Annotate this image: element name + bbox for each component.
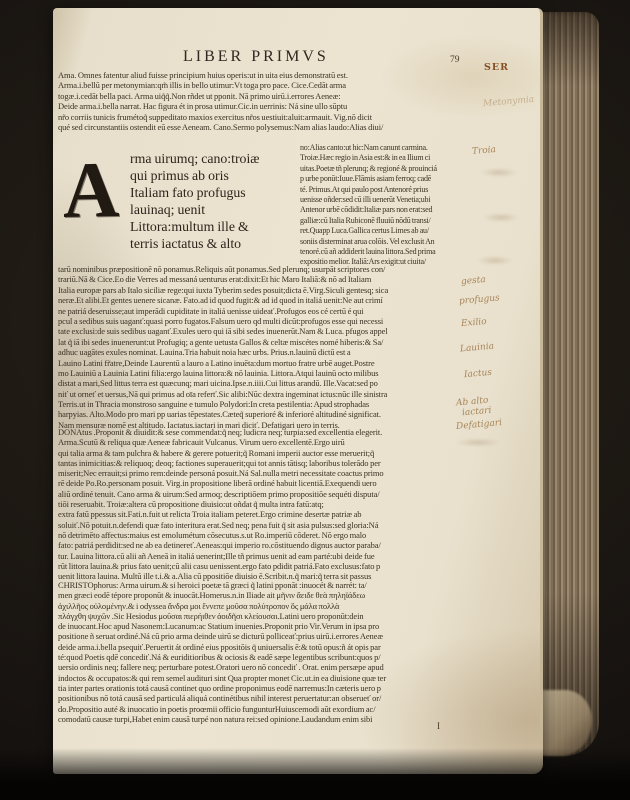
margin-note: Lauinia	[460, 342, 495, 355]
commentary-line: aliū ordiné tenuit. Cano arma & uirum:Se…	[58, 489, 464, 499]
commentary-line: soluiť.Nō potuit.n.defendi quæ fato inte…	[58, 520, 464, 530]
commentary-line: tur. Lauina littora.cū alii añ Aeneā in …	[58, 551, 464, 561]
verse-line: lauinaq; uenit	[130, 202, 315, 219]
commentary-line: comodatū causæ turpi,Habet enim causā tu…	[58, 714, 464, 724]
commentary-line: lat q̃ iā ibi sedes inuenerunt:ut Profug…	[58, 337, 464, 347]
commentary-right-column: no:Alias canto:ut hic:Nam canunt carmina…	[300, 143, 460, 268]
commentary-line: distat a mari,Sed littus terra est quæcu…	[58, 378, 464, 388]
commentary-line: tantas inimicitias:& reliquoq; deoq; fac…	[58, 458, 464, 468]
commentary-line: CHRISTOphorus: Arma uirum.& si heroici p…	[58, 580, 464, 590]
verse-line: Littora:multum ille &	[130, 219, 315, 236]
commentary-line: do.Propositio auté & inuocatio in poetis…	[58, 704, 464, 714]
faded-ink-mark	[483, 213, 519, 222]
commentary-line: Arma.Scutū & reliqua quæ Aeneæ fabricaui…	[58, 437, 464, 447]
commentary-line: extra fatū ppessus sit.Fati.n.fuit ut re…	[58, 509, 464, 519]
intro-line: Ama. Omnes fatentur aliud fuisse princip…	[58, 70, 464, 80]
commentary-line: Lauino Latini fr̃atre,Deinde Laurentū a …	[58, 358, 464, 368]
margin-note: Metonymia	[483, 95, 535, 109]
margin-note: gesta	[461, 275, 486, 287]
commentary-line: tate exclusi:de suis sedibus uaganť.Exul…	[58, 326, 464, 336]
commentary-line: mo Lauiniū a Lauinia Latini filia:ergo l…	[58, 368, 464, 378]
intro-line: Deide arma.i.bella narrat. Hac figura ét…	[58, 101, 464, 111]
commentary-line: té:quod Poetis qdē concediť.Ná & euridit…	[58, 652, 464, 662]
commentary-line: Terris.ut in Thracia monstroso sanguine …	[58, 399, 464, 409]
verse-line: terris iactatus & alto	[130, 236, 315, 253]
commentary-line: ἀχιλλῆος οὐλομένην.& i odyssea ἄνδρα μοι…	[58, 601, 464, 611]
commentary-line: no:Alias canto:ut hic:Nam canunt carmina…	[300, 143, 460, 153]
faded-ink-mark	[481, 168, 517, 177]
verse-line: rma uirumq; cano:troiæ	[130, 151, 315, 168]
table-shadow	[0, 748, 630, 800]
commentary-line: de inuocant.Hoc apud Nasonem:Lucanum:ac …	[58, 621, 464, 631]
folio-number: 79	[450, 55, 460, 65]
commentary-line: p urbe ponūt:Iuue.Flāmis asiam ferroq; c…	[300, 174, 460, 184]
commentary-line: galliæ:cū Italia Rubiconē fluuiū nōdū tr…	[300, 216, 460, 226]
intro-line: Arma.i.bellū per metonymian:qm̃ illis in…	[58, 80, 464, 90]
commentary-block-donatus: DONAtus .Proponit & diuidit:& sese comme…	[58, 427, 464, 581]
commentary-line: trariū.Nā & Cice.Eo die Verres ad messan…	[58, 274, 464, 284]
commentary-line: Italia europæ pars ab Italo siciliæ rege…	[58, 285, 464, 295]
commentary-line: Antenor urbē cōdidit:Italiæ pars non era…	[300, 205, 460, 215]
commentary-line: DONAtus .Proponit & diuidit:& sese comme…	[58, 427, 464, 437]
commentary-line: adhuc uagātes exules nominat. Lauina.Tri…	[58, 347, 464, 357]
commentary-line: harpyias. Alto.Modo pro mari pp uarias t…	[58, 409, 464, 419]
verse-line: qui primus ab oris	[130, 168, 315, 185]
commentary-line: tenoré.cū añ addiderit lauina littora.Se…	[300, 247, 460, 257]
commentary-line: neræ.Et alibi.Et gentes uenere sicanæ. F…	[58, 295, 464, 305]
faded-ink-mark	[456, 438, 500, 447]
commentary-line: tia inter partes orationis totá causā co…	[58, 683, 464, 693]
commentary-block-christophorus: CHRISTOphorus: Arma uirum.& si heroici p…	[58, 580, 464, 724]
commentary-line: nō detrimēto affectus:maius est emolumét…	[58, 530, 464, 540]
intro-line: nr̃o corriis tunicis frumétoq̃ suppedita…	[58, 112, 464, 122]
commentary-line: soniis disterminat arua colōis. Vel excl…	[300, 237, 460, 247]
commentary-line: fato: patriá perdidit:sed ne ab ea detin…	[58, 540, 464, 550]
margin-note: Exilio	[461, 317, 487, 329]
book-page: LIBER PRIMVS 79 Ama. Omnes fatentur aliu…	[53, 8, 543, 774]
margin-note: iactari	[462, 406, 492, 419]
commentary-line: niť ut orneť et uersus,Nā qui primus ad …	[58, 389, 464, 399]
commentary-line: πλάγχθη ψυχῶν .Sic Hesiodus μοῦσαι πιερή…	[58, 611, 464, 621]
commentary-line: rē deide Po.Ro.personam posuit. Virg.in …	[58, 478, 464, 488]
verse-line: Italiam fato profugus	[130, 185, 315, 202]
commentary-line: deide arma.i.bella psequiť.Peruertit át …	[58, 642, 464, 652]
intro-paragraph: Ama. Omnes fatentur aliud fuisse princip…	[58, 70, 464, 133]
commentary-line: pcul a sedibus suis uaganť:quasi porro f…	[58, 316, 464, 326]
margin-note: SER	[484, 62, 509, 73]
page-title: LIBER PRIMVS	[183, 48, 413, 66]
commentary-line: uersio ordinis neq; fallere neq; perturb…	[58, 662, 464, 672]
commentary-line: positionibus nō totá causā sed particulá…	[58, 693, 464, 703]
intro-line: togæ.i.cedāt bella paci. Arma uiq̃q̃.Non…	[58, 91, 464, 101]
commentary-line: qui talia arma & tam pulchra & habere & …	[58, 448, 464, 458]
margin-note: Troia	[472, 145, 497, 157]
woodcut-initial: A	[54, 144, 128, 239]
commentary-line: ne patriá deseruisse;aut imperādi cupidi…	[58, 306, 464, 316]
photo-background: LIBER PRIMVS 79 Ama. Omnes fatentur aliu…	[0, 0, 630, 800]
commentary-line: té. Primus.At qui paulo post Antenoré pr…	[300, 185, 460, 195]
commentary-line: uenisse oñder:sed cū illi uenerūt Veneti…	[300, 195, 460, 205]
commentary-line: rūt littora lauina.& prius fato uenit;cū…	[58, 561, 464, 571]
commentary-line: indoctos & occupatos:& qui rem semel aud…	[58, 673, 464, 683]
commentary-line: ret.Quapp Luca.Gallica certus Limes ab a…	[300, 226, 460, 236]
commentary-line: Troiæ.Hæc regio in Asia est:& in ea Iliu…	[300, 153, 460, 163]
intro-line: qué sed circunstantiis ostendit eū esse …	[58, 122, 464, 132]
margin-note: profugus	[459, 293, 501, 307]
commentary-line: miserit;Nec errauit;si primo rem:deinde …	[58, 468, 464, 478]
commentary-line: men græci eodē tépore proponūt & inuocāt…	[58, 590, 464, 600]
verse-block: rma uirumq; cano:troiæqui primus ab oris…	[130, 151, 315, 253]
commentary-line: tarū nominibus præpositionē nō ponamus.R…	[58, 264, 464, 274]
book-fore-edge	[536, 12, 599, 756]
commentary-block-servius: tarū nominibus præpositionē nō ponamus.R…	[58, 264, 464, 430]
commentary-line: tiōi reseruabit. Troiæ:altera cū proposi…	[58, 499, 464, 509]
margin-note: Iactus	[464, 368, 493, 380]
commentary-line: uitas.Poetæ tñ plerunq; & regioné & prou…	[300, 164, 460, 174]
commentary-line: positione ñ seruat ordiné.Ná cū prio arm…	[58, 631, 464, 641]
signature-mark: I	[437, 721, 440, 731]
faded-ink-mark	[477, 256, 513, 265]
